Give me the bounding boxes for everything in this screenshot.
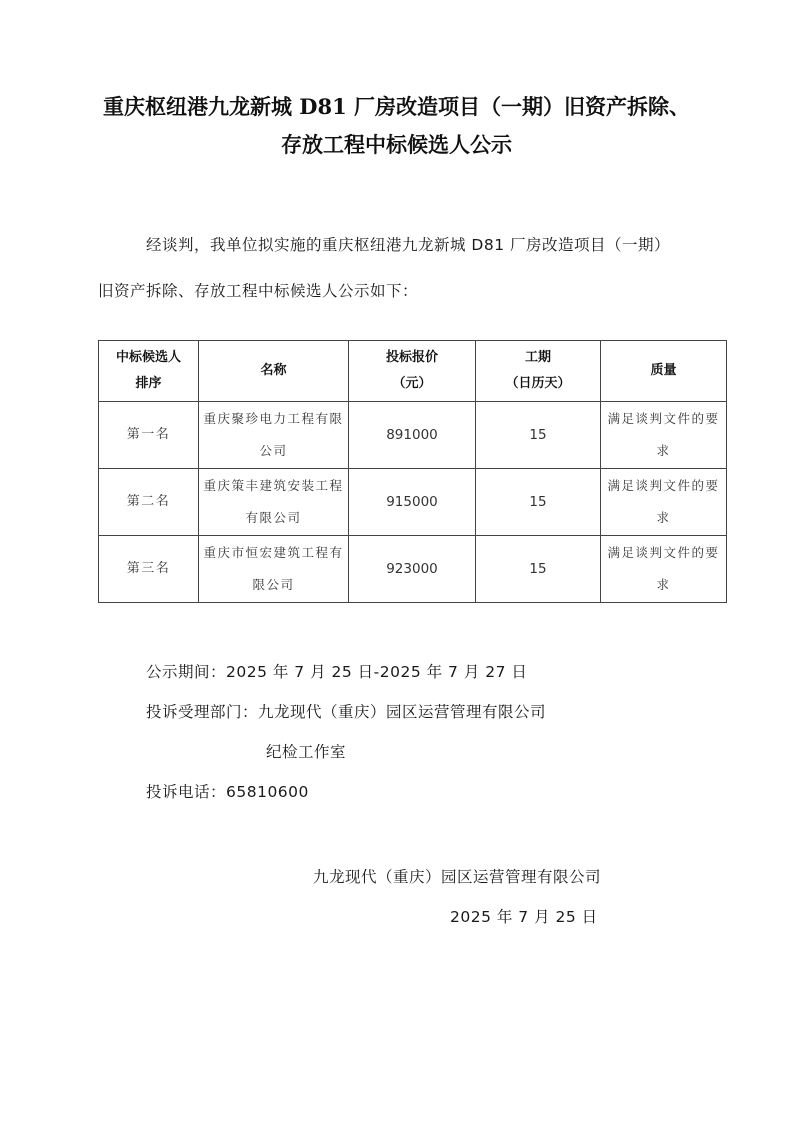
cell-price: 915000 <box>349 469 476 536</box>
table-row: 第二名 重庆策丰建筑安装工程有限公司 915000 15 满足谈判文件的要求 <box>99 469 727 536</box>
cell-name: 重庆市恒宏建筑工程有限公司 <box>199 536 349 603</box>
document-title: 重庆枢纽港九龙新城 D81 厂房改造项目（一期）旧资产拆除、 存放工程中标候选人… <box>40 88 753 164</box>
cell-quality: 满足谈判文件的要求 <box>601 469 727 536</box>
table-row: 第三名 重庆市恒宏建筑工程有限公司 923000 15 满足谈判文件的要求 <box>99 536 727 603</box>
title-line-1: 重庆枢纽港九龙新城 D81 厂房改造项目（一期）旧资产拆除、 <box>40 88 753 126</box>
header-name: 名称 <box>199 341 349 402</box>
complaint-phone: 投诉电话：65810600 <box>146 772 746 812</box>
cell-quality: 满足谈判文件的要求 <box>601 402 727 469</box>
cell-name: 重庆聚珍电力工程有限公司 <box>199 402 349 469</box>
signature-date: 2025 年 7 月 25 日 <box>313 897 601 937</box>
cell-rank: 第二名 <box>99 469 199 536</box>
signature-org: 九龙现代（重庆）园区运营管理有限公司 <box>313 857 601 897</box>
header-duration: 工期（日历天） <box>476 341 601 402</box>
complaint-department-office: 纪检工作室 <box>146 732 746 772</box>
cell-price: 891000 <box>349 402 476 469</box>
header-price: 投标报价（元） <box>349 341 476 402</box>
signature-block: 九龙现代（重庆）园区运营管理有限公司 2025 年 7 月 25 日 <box>313 857 601 937</box>
cell-rank: 第一名 <box>99 402 199 469</box>
intro-paragraph: 经谈判，我单位拟实施的重庆枢纽港九龙新城 D81 厂房改造项目（一期） 旧资产拆… <box>98 222 738 314</box>
publicity-period: 公示期间：2025 年 7 月 25 日-2025 年 7 月 27 日 <box>146 652 746 692</box>
cell-price: 923000 <box>349 536 476 603</box>
notice-info: 公示期间：2025 年 7 月 25 日-2025 年 7 月 27 日 投诉受… <box>146 652 746 812</box>
candidates-table: 中标候选人排序 名称 投标报价（元） 工期（日历天） 质量 第一名 重庆聚珍电力… <box>98 340 727 603</box>
table-header-row: 中标候选人排序 名称 投标报价（元） 工期（日历天） 质量 <box>99 341 727 402</box>
cell-rank: 第三名 <box>99 536 199 603</box>
cell-duration: 15 <box>476 469 601 536</box>
intro-line-2: 旧资产拆除、存放工程中标候选人公示如下： <box>98 268 738 314</box>
table-row: 第一名 重庆聚珍电力工程有限公司 891000 15 满足谈判文件的要求 <box>99 402 727 469</box>
intro-line-1: 经谈判，我单位拟实施的重庆枢纽港九龙新城 D81 厂房改造项目（一期） <box>98 222 738 268</box>
header-quality: 质量 <box>601 341 727 402</box>
header-rank: 中标候选人排序 <box>99 341 199 402</box>
cell-quality: 满足谈判文件的要求 <box>601 536 727 603</box>
cell-duration: 15 <box>476 536 601 603</box>
cell-duration: 15 <box>476 402 601 469</box>
complaint-department: 投诉受理部门：九龙现代（重庆）园区运营管理有限公司 <box>146 692 746 732</box>
cell-name: 重庆策丰建筑安装工程有限公司 <box>199 469 349 536</box>
title-line-2: 存放工程中标候选人公示 <box>40 126 753 164</box>
